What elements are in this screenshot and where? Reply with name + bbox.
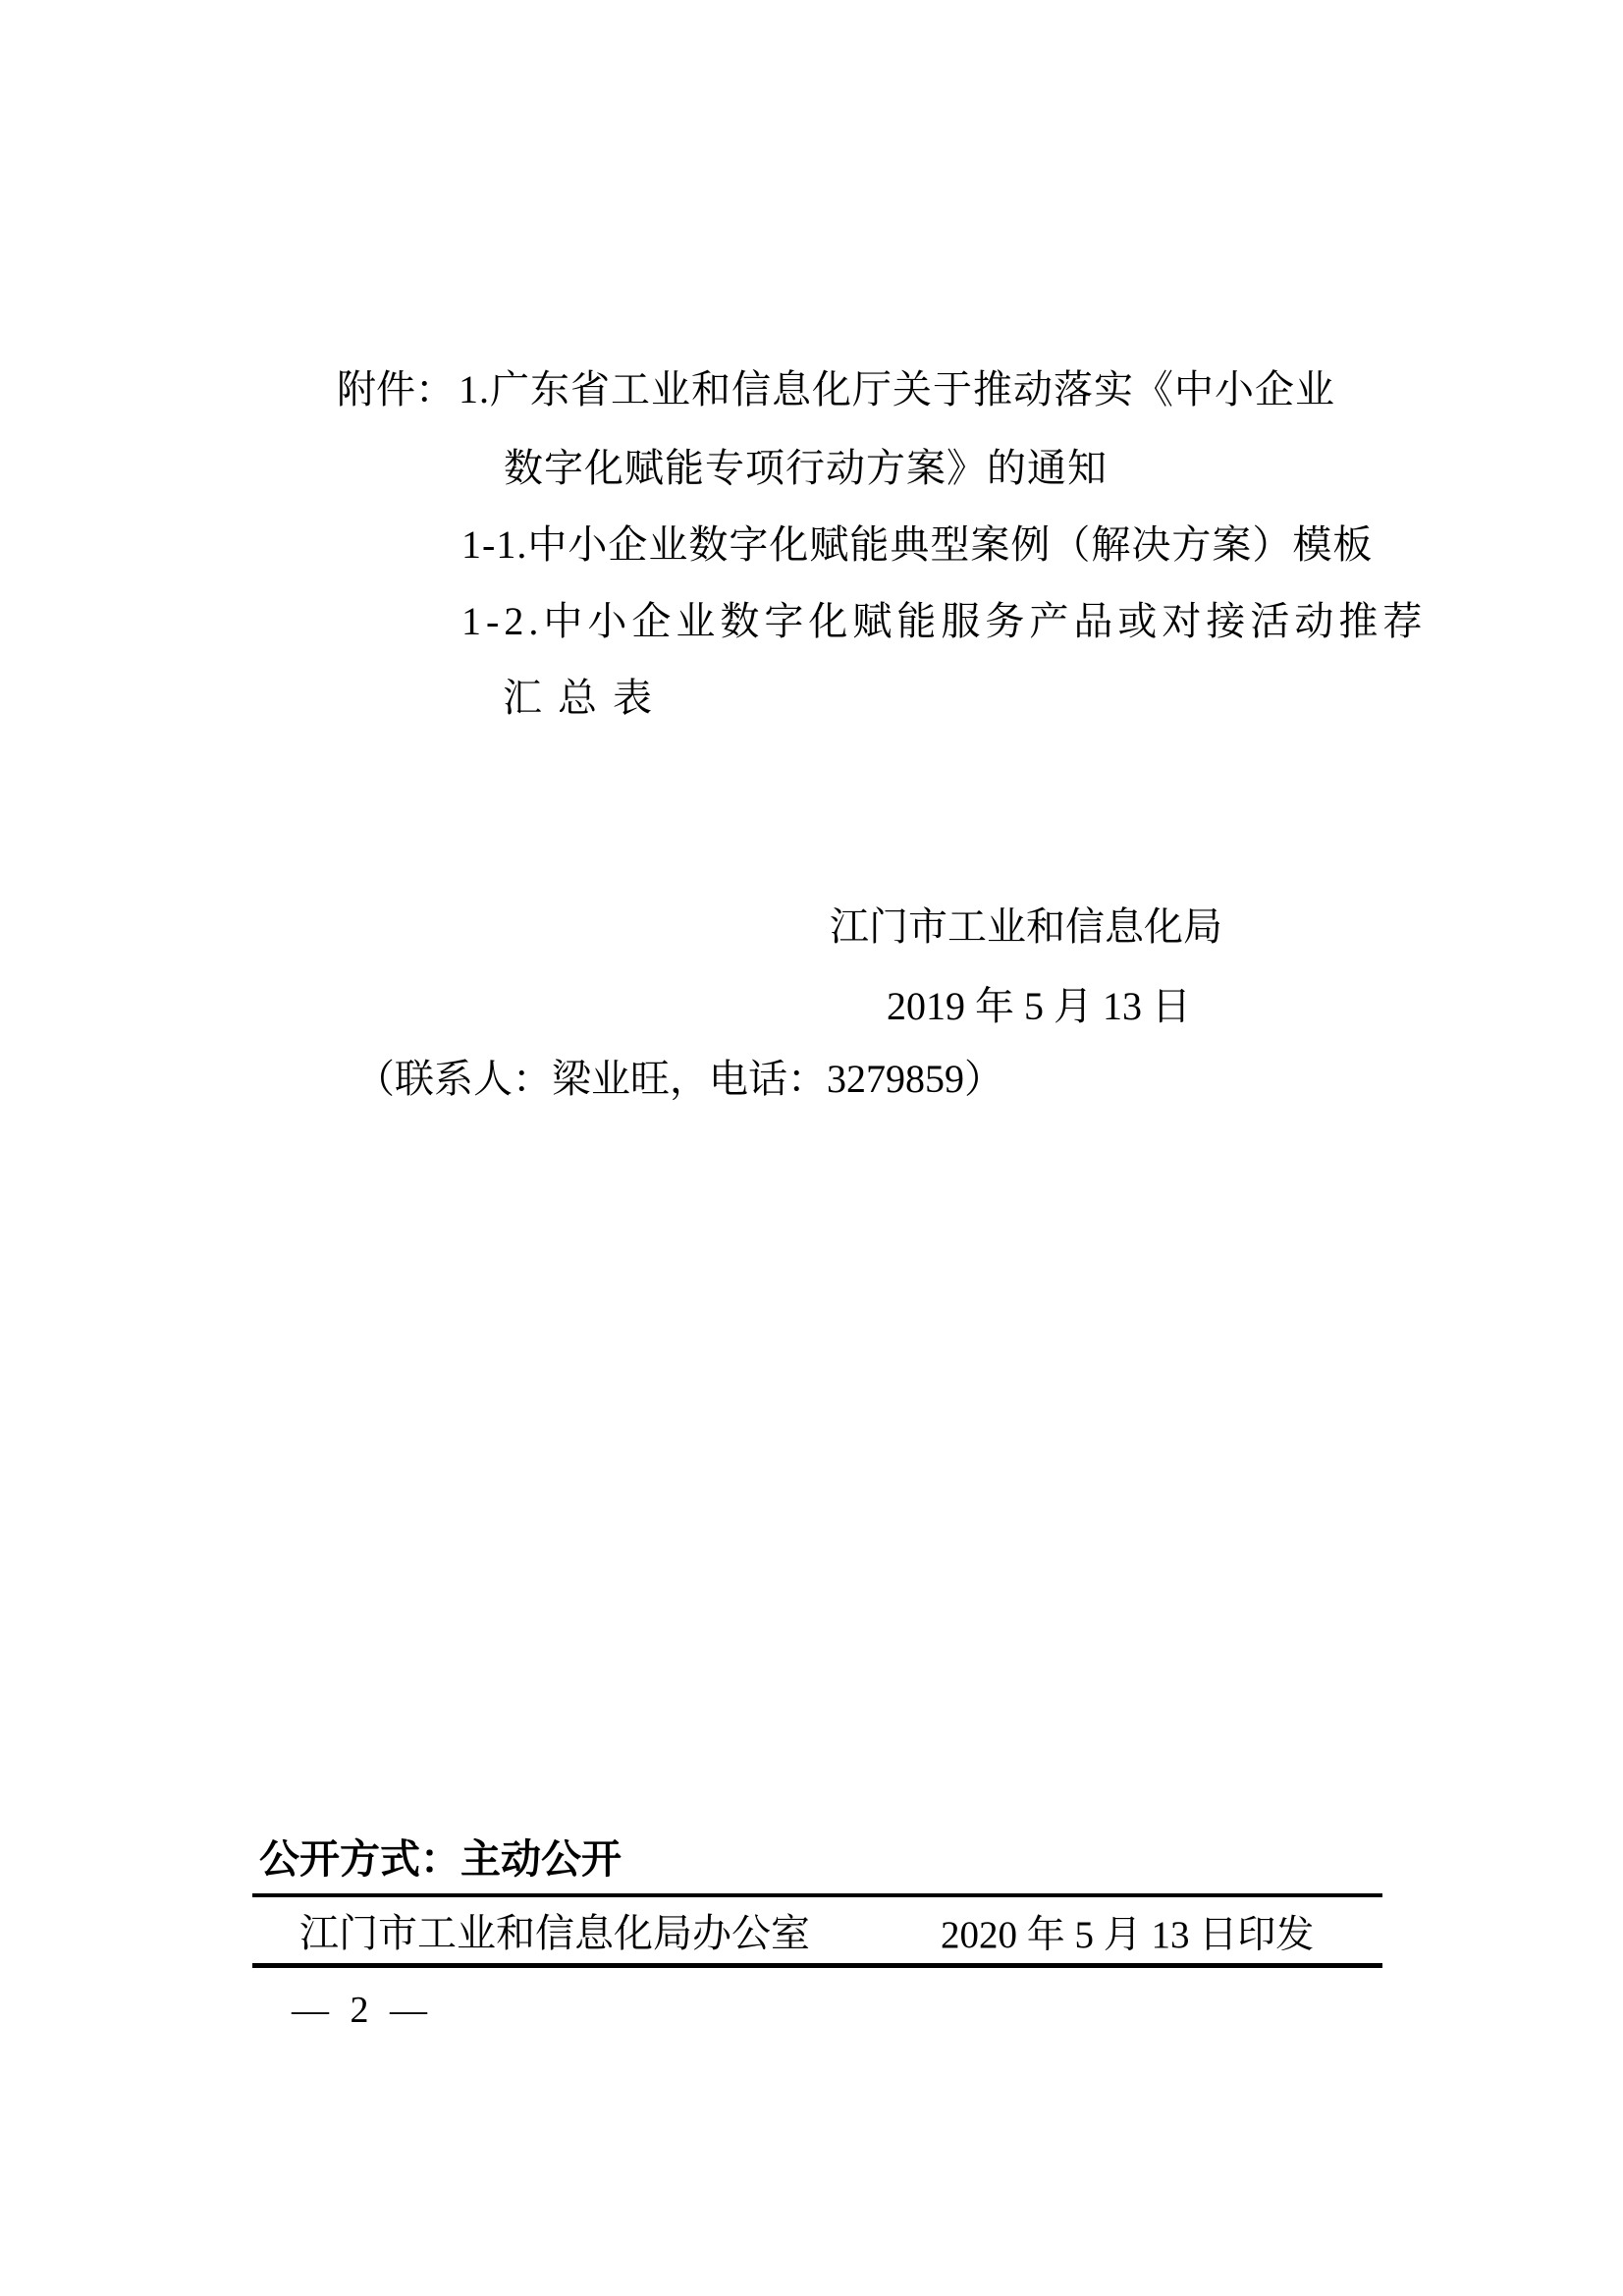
- document-page: 附件： 1.广东省工业和信息化厅关于推动落实《中小企业 数字化赋能专项行动方案》…: [0, 0, 1623, 2296]
- attachment-label: 附件：: [337, 370, 455, 410]
- page-number: — 2 —: [292, 1992, 433, 2029]
- attachment-item-1-2-line-1: 1-2.中小企业数字化赋能服务产品或对接活动推荐: [461, 602, 1427, 641]
- signature-date: 2019 年 5 月 13 日: [887, 987, 1191, 1026]
- attachment-item-1-2-line-2: 汇总表: [503, 679, 668, 718]
- attachment-item-1-line-1: 1.广东省工业和信息化厅关于推动落实《中小企业: [459, 370, 1335, 410]
- attachment-item-1-line-2: 数字化赋能专项行动方案》的通知: [504, 449, 1108, 488]
- footer-rule-top: [252, 1893, 1382, 1897]
- signature-agency: 江门市工业和信息化局: [830, 907, 1222, 947]
- publicity-method-line: 公开方式：主动公开: [259, 1839, 622, 1880]
- footer-rule-bottom: [252, 1963, 1382, 1968]
- issuing-office: 江门市工业和信息化局办公室: [299, 1914, 810, 1953]
- contact-note: （联系人：梁业旺，电话：3279859）: [355, 1060, 1003, 1099]
- attachment-item-1-1: 1-1.中小企业数字化赋能典型案例（解决方案）模板: [461, 525, 1373, 565]
- print-date: 2020 年 5 月 13 日印发: [941, 1916, 1314, 1954]
